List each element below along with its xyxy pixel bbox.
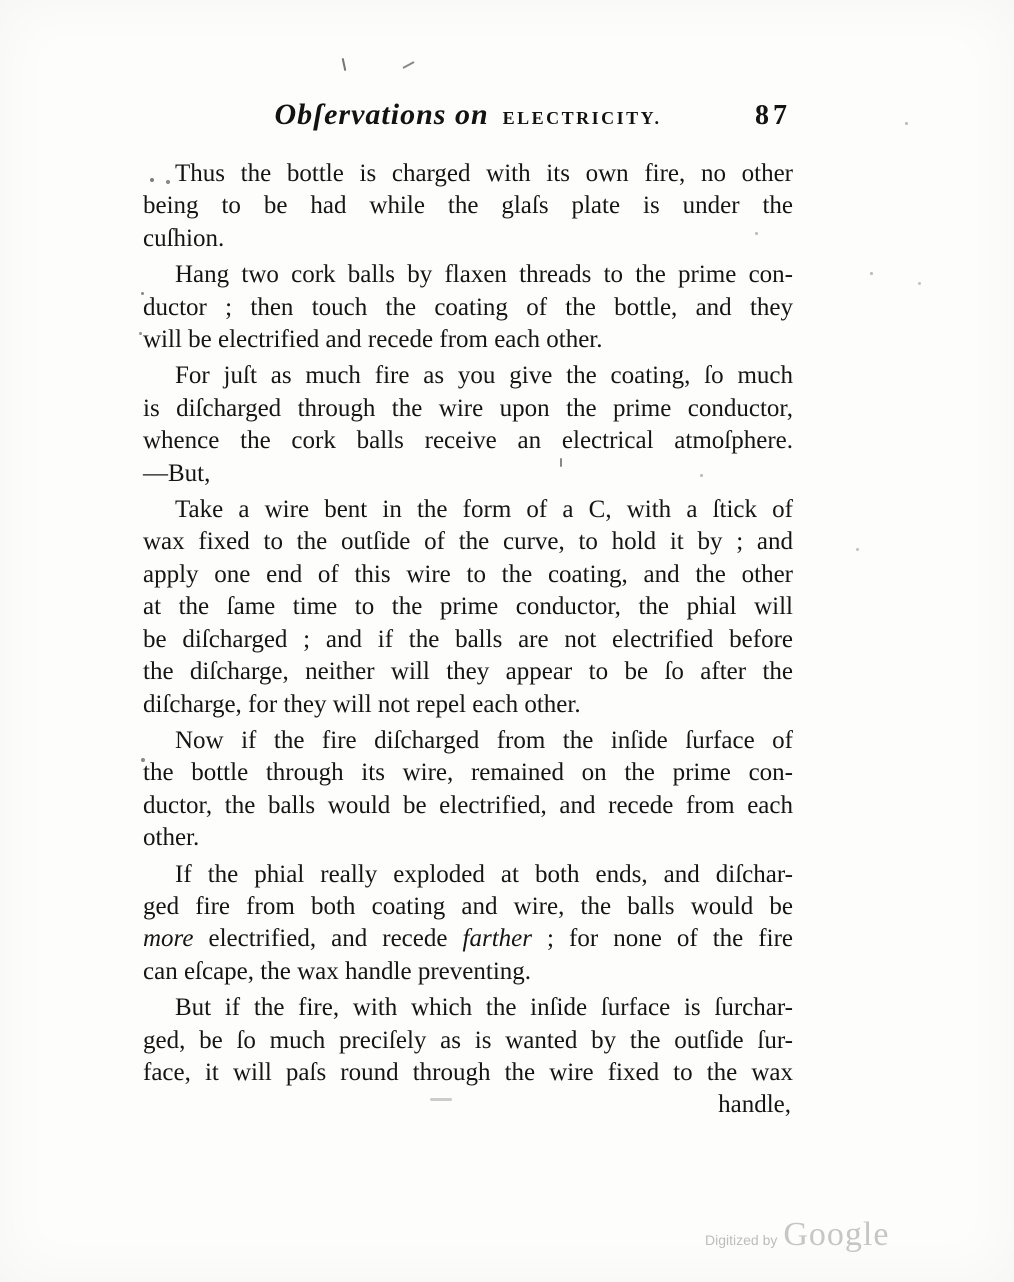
scan-speck bbox=[905, 122, 908, 125]
text-line: being to be had while the glaſs plate is… bbox=[143, 190, 793, 222]
page-title: Obſervations on ELECTRICITY. bbox=[143, 98, 793, 132]
scan-speck bbox=[560, 458, 562, 467]
text-line: face, it will paſs round through the wir… bbox=[143, 1057, 793, 1089]
text-line: handle, bbox=[143, 1089, 793, 1121]
scan-speck bbox=[342, 58, 347, 71]
text-line: Now if the fire diſcharged from the inſi… bbox=[143, 725, 793, 757]
scan-speck bbox=[755, 232, 758, 235]
text-line: more electrified, and recede farther ; f… bbox=[143, 923, 793, 955]
scan-speck bbox=[870, 272, 873, 275]
text-line: can eſcape, the wax handle preventing. bbox=[143, 956, 793, 988]
text-line: the bottle through its wire, remained on… bbox=[143, 757, 793, 789]
google-logo: Google bbox=[783, 1216, 889, 1254]
digitized-by-google-watermark: Digitized by Google bbox=[705, 1216, 925, 1254]
body-paragraphs: Thus the bottle is charged with its own … bbox=[143, 158, 793, 1122]
paragraph: But if the fire, with which the inſide ſ… bbox=[143, 992, 793, 1122]
scan-speck bbox=[402, 61, 414, 69]
text-line: ductor, the balls would be electrified, … bbox=[143, 790, 793, 822]
text-line: Take a wire bent in the form of a C, wit… bbox=[143, 494, 793, 526]
text-line: apply one end of this wire to the coatin… bbox=[143, 559, 793, 591]
page-number: 87 bbox=[755, 100, 791, 132]
text-line: whence the cork balls receive an electri… bbox=[143, 425, 793, 457]
scan-speck bbox=[430, 1098, 452, 1101]
text-line: Thus the bottle is charged with its own … bbox=[143, 158, 793, 190]
paragraph: Thus the bottle is charged with its own … bbox=[143, 158, 793, 255]
running-header: Obſervations on ELECTRICITY. 87 bbox=[143, 98, 793, 148]
scan-speck bbox=[150, 178, 154, 182]
text-line: will be electrified and recede from each… bbox=[143, 324, 793, 356]
paragraph: Hang two cork balls by flaxen threads to… bbox=[143, 259, 793, 356]
text-line: wax fixed to the outſide of the curve, t… bbox=[143, 526, 793, 558]
scan-speck bbox=[141, 758, 145, 762]
scan-speck bbox=[918, 282, 921, 285]
text-line: the diſcharge, neither will they appear … bbox=[143, 656, 793, 688]
text-line: ductor ; then touch the coating of the b… bbox=[143, 292, 793, 324]
text-line: is diſcharged through the wire upon the … bbox=[143, 393, 793, 425]
text-line: —But, bbox=[143, 458, 793, 490]
text-line: If the phial really exploded at both end… bbox=[143, 859, 793, 891]
text-line: ged fire from both coating and wire, the… bbox=[143, 891, 793, 923]
text-line: Hang two cork balls by flaxen threads to… bbox=[143, 259, 793, 291]
scanned-book-page: Obſervations on ELECTRICITY. 87 Thus the… bbox=[0, 0, 1014, 1282]
scan-speck bbox=[166, 180, 170, 184]
text-line: diſcharge, for they will not repel each … bbox=[143, 689, 793, 721]
paragraph: Take a wire bent in the form of a C, wit… bbox=[143, 494, 793, 721]
page-title-caps: ELECTRICITY. bbox=[503, 108, 662, 128]
text-line: other. bbox=[143, 822, 793, 854]
paragraph: For juſt as much fire as you give the co… bbox=[143, 360, 793, 490]
text-line: ged, be ſo much preciſely as is wanted b… bbox=[143, 1025, 793, 1057]
page-title-italic: Obſervations on bbox=[274, 98, 488, 131]
scan-speck bbox=[700, 474, 703, 477]
paragraph: If the phial really exploded at both end… bbox=[143, 859, 793, 989]
text-line: But if the fire, with which the inſide ſ… bbox=[143, 992, 793, 1024]
text-line: at the ſame time to the prime conductor,… bbox=[143, 591, 793, 623]
scan-speck bbox=[141, 292, 144, 295]
text-line: be diſcharged ; and if the balls are not… bbox=[143, 624, 793, 656]
text-line: cuſhion. bbox=[143, 223, 793, 255]
text-line: For juſt as much fire as you give the co… bbox=[143, 360, 793, 392]
scan-speck bbox=[139, 332, 142, 335]
watermark-prefix: Digitized by bbox=[705, 1232, 777, 1248]
text-block: Thus the bottle is charged with its own … bbox=[143, 158, 793, 1122]
scan-speck bbox=[856, 548, 859, 551]
paragraph: Now if the fire diſcharged from the inſi… bbox=[143, 725, 793, 855]
